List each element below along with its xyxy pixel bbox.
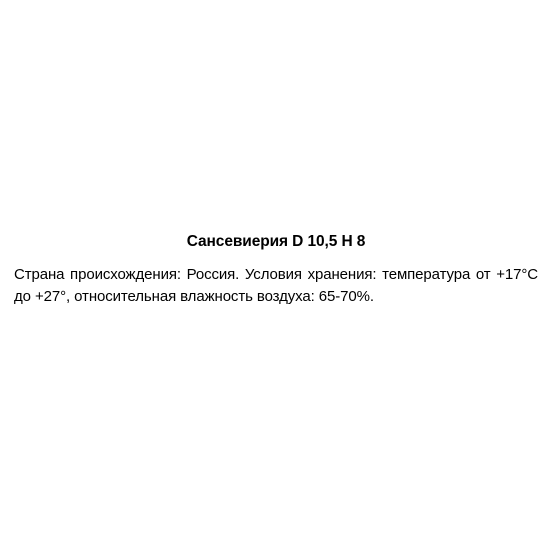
product-title: Сансевиерия D 10,5 H 8 xyxy=(14,232,538,252)
product-document: Сансевиерия D 10,5 H 8 Страна происхожде… xyxy=(14,232,538,308)
product-description: Страна происхождения: Россия. Условия хр… xyxy=(14,264,538,308)
